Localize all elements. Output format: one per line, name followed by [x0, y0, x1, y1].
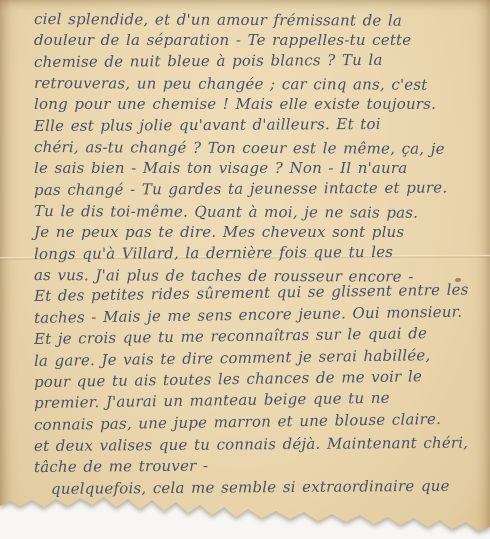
handwritten-line: longs qu'à Villard, la dernière fois que…	[34, 241, 480, 265]
handwritten-line: Elle est plus jolie qu'avant d'ailleurs.…	[34, 113, 480, 137]
handwritten-line: quelquefois, cela me semble si extraordi…	[34, 475, 480, 500]
handwritten-line: le sais bien - Mais ton visage ? Non - I…	[34, 158, 480, 179]
handwritten-line: tâche de me trouver -	[34, 454, 480, 479]
handwritten-line: retrouveras, un peu changée ; car cinq a…	[34, 73, 480, 96]
handwritten-line: Je ne peux pas te dire. Mes cheveux sont…	[34, 222, 480, 243]
paper-shadow: ciel splendide, et d'un amour frémissant…	[0, 0, 490, 539]
handwritten-line: Tu le dis toi-même. Quant à moi, je ne s…	[34, 201, 480, 224]
handwritten-line: long pour une chemise ! Mais elle existe…	[34, 94, 480, 115]
handwritten-line: douleur de la séparation - Te rappelles-…	[34, 30, 480, 51]
handwritten-line: chéri, as-tu changé ? Ton coeur est le m…	[34, 137, 480, 160]
letter-paper: ciel splendide, et d'un amour frémissant…	[0, 0, 490, 539]
letter-scan: ciel splendide, et d'un amour frémissant…	[0, 0, 490, 539]
handwritten-line: chemise de nuit bleue à pois blancs ? Tu…	[34, 49, 480, 73]
handwritten-line: pas changé - Tu gardes ta jeunesse intac…	[34, 177, 480, 201]
handwritten-line: ciel splendide, et d'un amour frémissant…	[34, 9, 480, 32]
letter-text: ciel splendide, et d'un amour frémissant…	[34, 9, 480, 500]
